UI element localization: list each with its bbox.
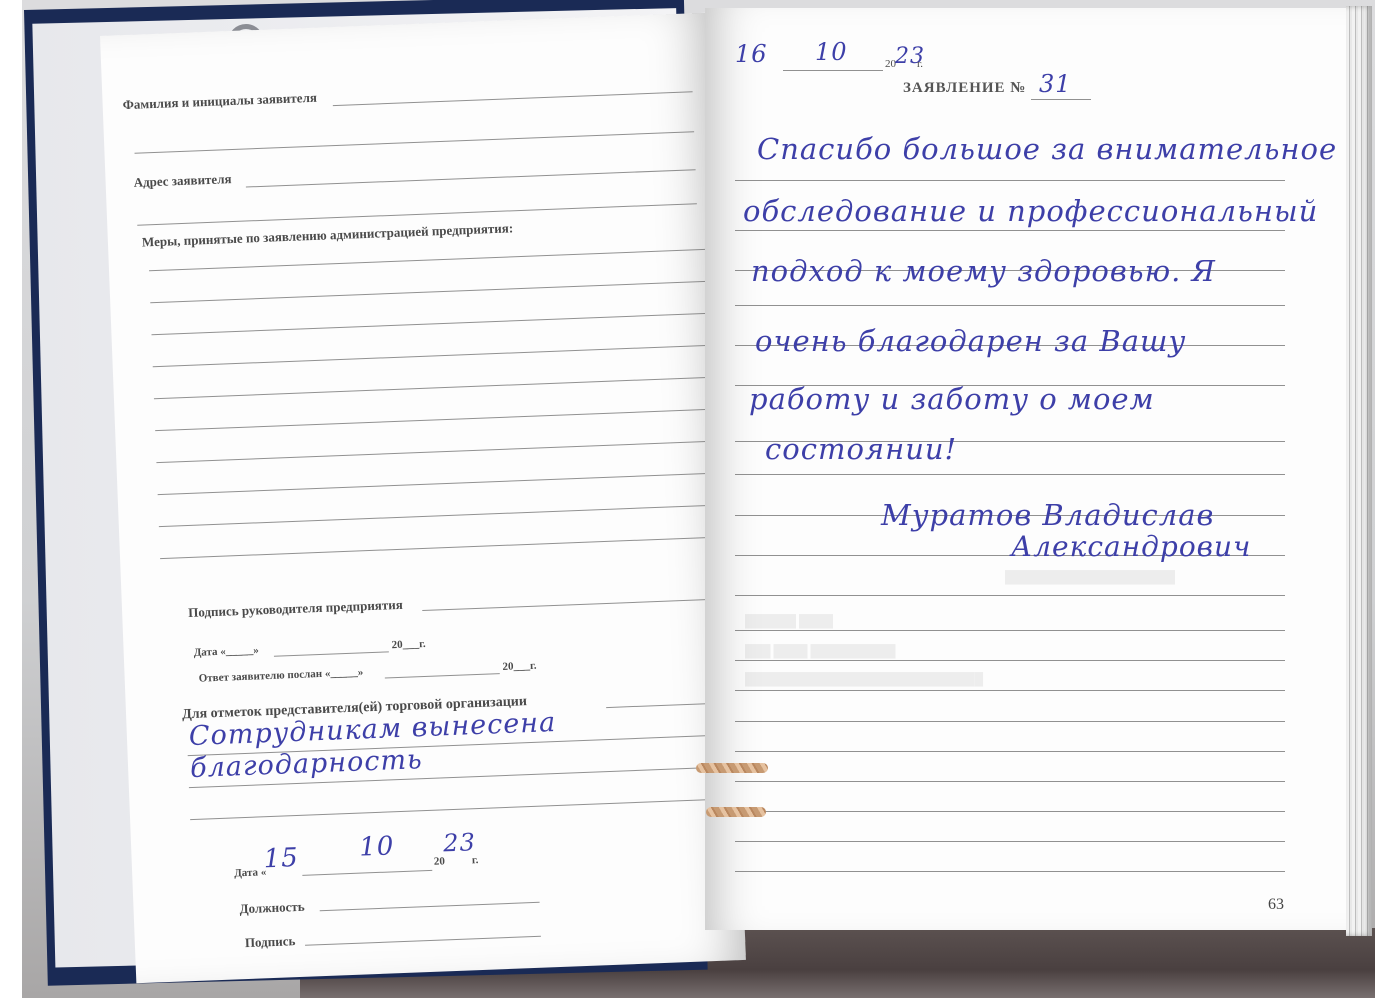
author-name-line-1: Муратов Владислав	[881, 498, 1214, 532]
reply-year-suffix: 20___г.	[502, 660, 536, 673]
statement-line-6: состоянии!	[765, 432, 957, 466]
director-signature-field[interactable]	[422, 599, 722, 612]
binding-thread-lower	[706, 807, 766, 817]
reply-sent-label: Ответ заявителю послан «_____»	[199, 666, 364, 684]
bleed-through-text: ██████████ ████ ███	[745, 644, 896, 659]
bleed-through-text: ████████████████████████████	[745, 672, 983, 687]
final-date-year: 23	[443, 828, 477, 857]
applicant-address-field[interactable]	[246, 169, 696, 187]
header-date-day: 16	[735, 40, 768, 68]
measures-label: Меры, принятые по заявлению администраци…	[142, 220, 514, 250]
signature-field[interactable]	[305, 936, 541, 946]
date-year-suffix: 20___г.	[391, 638, 425, 651]
statement-line-5: работу и заботу о моем	[749, 382, 1155, 416]
binding-thread-upper	[696, 763, 768, 773]
statement-line-2: обследование и профессиональный	[743, 194, 1318, 228]
header-date-field[interactable]	[783, 70, 883, 71]
applicant-name-label: Фамилия и инициалы заявителя	[122, 90, 317, 113]
position-label: Должность	[239, 899, 305, 917]
position-field[interactable]	[320, 902, 540, 911]
final-date-label: Дата «	[234, 866, 267, 879]
statement-line-1: Спасибо большое за внимательное	[757, 132, 1337, 166]
right-page: 16 10 20 23 г. ЗАЯВЛЕНИЕ № 31 Спасибо бо…	[705, 8, 1350, 930]
final-date-suffix: г.	[472, 854, 479, 866]
statement-number-field[interactable]	[1031, 99, 1091, 100]
header-date-suffix: г.	[917, 58, 923, 70]
scan-margin	[0, 0, 22, 1000]
page-number: 63	[1268, 896, 1284, 914]
header-date-month: 10	[815, 38, 848, 66]
applicant-address-field-line2[interactable]	[137, 203, 697, 225]
statement-line-4: очень благодарен за Вашу	[755, 324, 1186, 358]
page-stack-edges	[1346, 6, 1372, 936]
reply-sent-field[interactable]	[385, 673, 500, 678]
bleed-through-text: ████████████████████	[1005, 570, 1175, 585]
final-date-field[interactable]	[302, 870, 432, 876]
statement-number: 31	[1039, 70, 1072, 98]
applicant-name-field-line2[interactable]	[135, 131, 695, 153]
final-date-month: 10	[359, 831, 395, 862]
director-signature-label: Подпись руководителя предприятия	[188, 597, 403, 621]
author-name-line-2: Александрович	[1011, 530, 1251, 563]
bleed-through-text: ████ ██████	[745, 614, 833, 629]
applicant-address-label: Адрес заявителя	[133, 171, 231, 191]
applicant-name-field[interactable]	[333, 91, 693, 106]
left-page: Фамилия и инициалы заявителя Адрес заяви…	[100, 13, 746, 984]
final-date-day: 15	[263, 843, 299, 874]
statement-line-3: подход к моему здоровью. Я	[751, 254, 1216, 288]
statement-title: ЗАЯВЛЕНИЕ №	[903, 80, 1026, 97]
signature-label: Подпись	[245, 933, 296, 951]
date-label: Дата «_____»	[194, 644, 259, 658]
date-field[interactable]	[274, 651, 389, 656]
